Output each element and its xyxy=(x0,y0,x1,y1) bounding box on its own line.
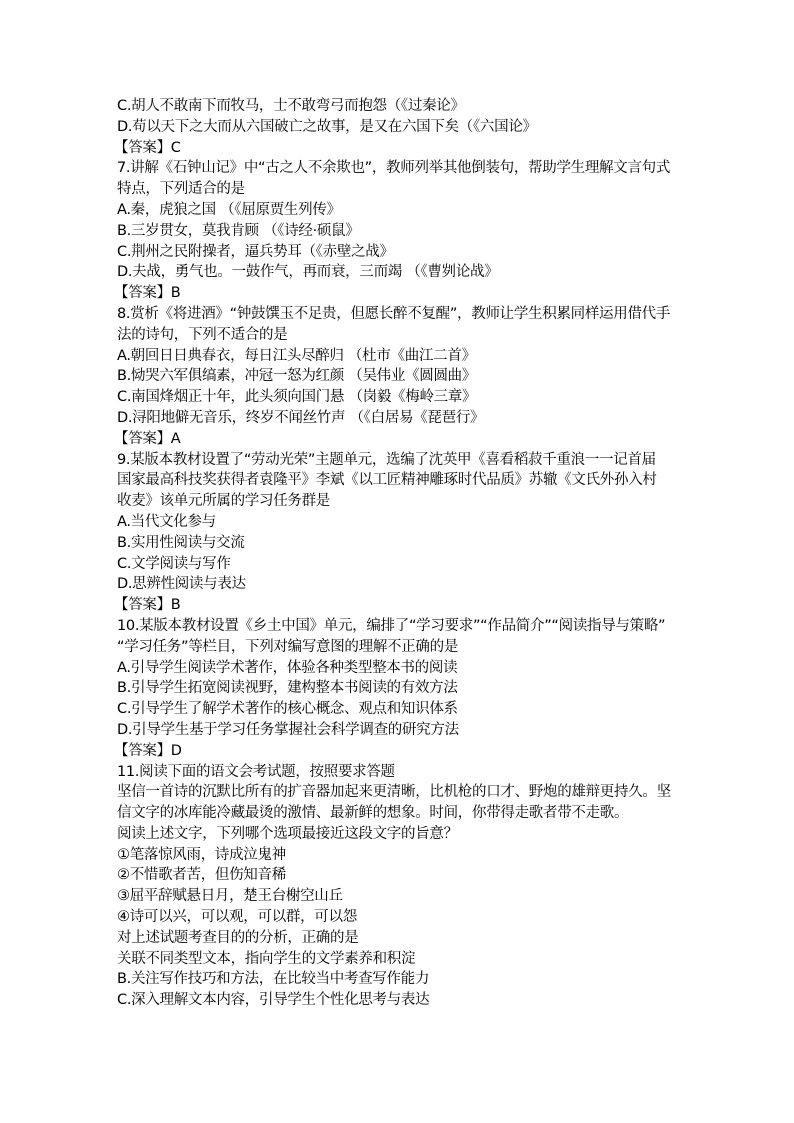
answer-line: 【答案】D xyxy=(114,741,687,762)
question-7: 7.讲解《石钟山记》中“古之人不余欺也”，教师列举其他倒装句，帮助学生理解文言句… xyxy=(117,158,687,304)
choice-4: ④诗可以兴，可以观，可以群，可以怨 xyxy=(117,907,687,928)
option-c: C.引导学生了解学术著作的核心概念、观点和知识体系 xyxy=(117,699,687,720)
question-stem: 7.讲解《石钟山记》中“古之人不余欺也”，教师列举其他倒装句，帮助学生理解文言句… xyxy=(117,158,687,179)
question-stem: 11.阅读下面的语文会考试题，按照要求答题 xyxy=(117,762,687,783)
question-11: 11.阅读下面的语文会考试题，按照要求答题 坚信一首诗的沉默比所有的扩音器加起来… xyxy=(117,762,687,1012)
option-a: A.秦，虎狼之国 （《屈原贾生列传》 xyxy=(117,200,687,221)
option-d: D.夫战，勇气也。一鼓作气，再而衰，三而竭 （《曹刿论战》 xyxy=(117,262,687,283)
question-stem-continued: 收麦》该单元所属的学习任务群是 xyxy=(117,491,687,512)
question-stem-continued: 法的诗句，下列不适合的是 xyxy=(117,325,687,346)
answer-line: 【答案】C xyxy=(114,138,687,159)
option-a: A.当代文化参与 xyxy=(117,512,687,533)
option-c: C.南国烽烟正十年，此头须向国门悬 （岗毅《梅岭三章》 xyxy=(117,387,687,408)
answer-line: 【答案】A xyxy=(114,429,687,450)
option-a: A.朝回日日典春衣，每日江头尽醉归 （杜市《曲江二首》 xyxy=(117,346,687,367)
question-stem-continued: 特点，下列适合的是 xyxy=(117,179,687,200)
option-b: B.恸哭六军俱缟素，冲冠一怒为红颜 （吴伟业《圆圆曲》 xyxy=(117,366,687,387)
choice-2: ②不惜歌者苦，但伤知音稀 xyxy=(117,865,687,886)
question-10: 10.某版本教材设置《乡土中国》单元，编排了“学习要求”“作品简介”“阅读指导与… xyxy=(117,616,687,762)
option-a: A.引导学生阅读学术著作，体验各种类型整本书的阅读 xyxy=(117,658,687,679)
option-b: B.引导学生拓宽阅读视野，建构整本书阅读的有效方法 xyxy=(117,678,687,699)
option-d: D.苟以天下之大而从六国破亡之故事，是又在六国下矣（《六国论》 xyxy=(117,117,687,138)
option-d: D.引导学生基于学习任务掌握社会科学调查的研究方法 xyxy=(117,720,687,741)
question-stem-continued: “学习任务”等栏目，下列对编写意图的理解不正确的是 xyxy=(117,637,687,658)
option-b: B.实用性阅读与交流 xyxy=(117,533,687,554)
answer-line: 【答案】B xyxy=(114,595,687,616)
question-6-tail: C.胡人不敢南下而牧马，士不敢弯弓而抱怨（《过秦论》 D.苟以天下之大而从六国破… xyxy=(117,96,687,158)
question-8: 8.赏析《将进酒》“钟鼓馔玉不足贵，但愿长醉不复醒”，教师让学生积累同样运用借代… xyxy=(117,304,687,450)
question-stem: 8.赏析《将进酒》“钟鼓馔玉不足贵，但愿长醉不复醒”，教师让学生积累同样运用借代… xyxy=(117,304,687,325)
option-b: B.三岁贯女，莫我肯顾 （《诗经·硕鼠》 xyxy=(117,221,687,242)
option-c: C.荆州之民附操者，逼兵势耳（《赤壁之战》 xyxy=(117,242,687,263)
option-b: B.关注写作技巧和方法，在比较当中考查写作能力 xyxy=(117,969,687,990)
answer-line: 【答案】B xyxy=(114,283,687,304)
option-d: D.浔阳地僻无音乐，终岁不闻丝竹声 （《白居易《琵琶行》 xyxy=(117,408,687,429)
question-stem: 10.某版本教材设置《乡土中国》单元，编排了“学习要求”“作品简介”“阅读指导与… xyxy=(117,616,687,637)
option-c: C.胡人不敢南下而牧马，士不敢弯弓而抱怨（《过秦论》 xyxy=(117,96,687,117)
reading-passage-continued: 信文字的冰库能冷藏最烫的激情、最新鲜的想象。时间，你带得走歌者带不走歌。 xyxy=(117,803,687,824)
option-c: C.深入理解文本内容，引导学生个性化思考与表达 xyxy=(117,990,687,1011)
option-d: D.思辨性阅读与表达 xyxy=(117,574,687,595)
analysis-question: 对上述试题考查目的的分析，正确的是 xyxy=(117,928,687,949)
question-stem-continued: 国家最高科技奖获得者袁隆平》李斌《以工匠精神雕琢时代品质》苏辙《文氏外孙入村 xyxy=(117,470,687,491)
choice-1: ①笔落惊风雨，诗成泣鬼神 xyxy=(117,845,687,866)
question-stem: 9.某版本教材设置了“劳动光荣”主题单元，选编了沈英甲《喜看稻菽千重浪一一记首届 xyxy=(117,450,687,471)
option-a: 关联不同类型文本，指向学生的文学素养和积淀 xyxy=(117,949,687,970)
document-page: C.胡人不敢南下而牧马，士不敢弯弓而抱怨（《过秦论》 D.苟以天下之大而从六国破… xyxy=(117,96,687,1011)
question-9: 9.某版本教材设置了“劳动光荣”主题单元，选编了沈英甲《喜看稻菽千重浪一一记首届… xyxy=(117,450,687,616)
option-c: C.文学阅读与写作 xyxy=(117,554,687,575)
choice-3: ③屈平辞赋悬日月，楚王台榭空山丘 xyxy=(117,886,687,907)
reading-passage: 坚信一首诗的沉默比所有的扩音器加起来更清晰，比机枪的口才、野炮的雄辩更持久。坚 xyxy=(117,782,687,803)
sub-question-prompt: 阅读上述文字，下列哪个选项最接近这段文字的旨意？ xyxy=(117,824,687,845)
